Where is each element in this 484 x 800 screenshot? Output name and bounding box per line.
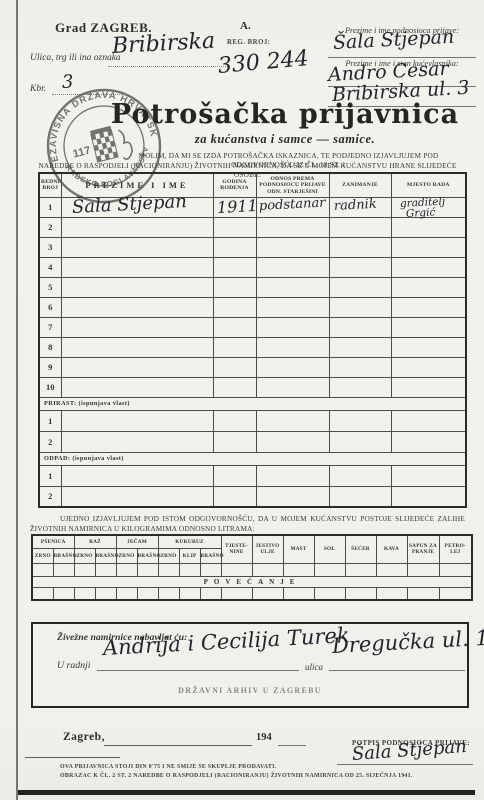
sub-zrno: ZRNO (32, 548, 53, 563)
archive-stamp-text: DRŽAVNI ARHIV U ZAGREBU (33, 686, 467, 695)
empty-cell (345, 563, 376, 576)
empty-cell (329, 217, 391, 237)
stamp-number: 117 (72, 145, 92, 161)
header-raz: RAŽ (74, 535, 116, 548)
row-number-cell: 5 (39, 277, 61, 297)
empty-cell (53, 587, 74, 600)
table-row: 8 (39, 337, 466, 357)
empty-cell (391, 410, 466, 431)
empty-cell (391, 377, 466, 397)
header-mjesto-rada: MJESTO RADA (391, 173, 466, 197)
empty-cell (329, 431, 391, 452)
row-number-cell: 7 (39, 317, 61, 337)
sub-zrno: ZRNO (158, 548, 179, 563)
empty-cell (256, 277, 329, 297)
empty-cell (329, 337, 391, 357)
empty-cell (200, 563, 221, 576)
empty-cell (221, 563, 252, 576)
row-number-cell: 6 (39, 297, 61, 317)
empty-cell (256, 297, 329, 317)
row-number-cell: 2 (39, 217, 61, 237)
empty-cell (391, 277, 466, 297)
empty-cell (391, 317, 466, 337)
reg-number-value-handwritten: 330 244 (217, 46, 310, 79)
empty-cell (61, 377, 213, 397)
empty-cell (61, 217, 213, 237)
year-line (278, 745, 306, 746)
empty-cell (221, 587, 252, 600)
empty-cell (213, 217, 256, 237)
empty-cell (213, 465, 256, 486)
empty-cell (329, 357, 391, 377)
empty-cell (213, 297, 256, 317)
empty-cell (213, 431, 256, 452)
row-number-cell: 2 (39, 486, 61, 507)
empty-cell (32, 563, 53, 576)
empty-cell (200, 587, 221, 600)
row-number-cell: 9 (39, 357, 61, 377)
empty-cell (391, 297, 466, 317)
empty-cell (53, 563, 74, 576)
fine-print-price: OVA PRIJAVNICA STOJI DIN 0'75 I NE SMIJE… (60, 764, 276, 770)
sub-brasno: BRAŠNO (200, 548, 221, 563)
table-row: 5 (39, 277, 466, 297)
table-row: 2 (39, 217, 466, 237)
shop-underline (97, 670, 299, 671)
empty-cell (329, 237, 391, 257)
empty-cell (391, 431, 466, 452)
row-number-cell: 10 (39, 377, 61, 397)
povecanje-label: POVEĆANJE (32, 576, 472, 587)
house-number-value-handwritten: 3 (61, 71, 74, 93)
place-label: Zagreb, (63, 731, 105, 743)
header-kukuruz: KUKURUZ (158, 535, 221, 548)
table-row: 10 (39, 377, 466, 397)
sub-brasno: BRAŠNO (95, 548, 116, 563)
shop-street-handwritten: Dregučka ul. 12. (331, 625, 484, 658)
empty-cell (213, 357, 256, 377)
empty-cell (61, 257, 213, 277)
empty-cell (256, 217, 329, 237)
sub-brasno: BRAŠNO (137, 548, 158, 563)
year-prefix: 194 (256, 732, 272, 743)
empty-cell (95, 587, 116, 600)
street-value-handwritten: Bribirska (111, 29, 215, 59)
household-members-table: REDNI BROJ PREZIME I IME GODINA ROĐENJA … (38, 172, 467, 508)
empty-cell (391, 357, 466, 377)
header-petrolej: PETRO-LEJ (439, 535, 472, 563)
empty-cell (61, 357, 213, 377)
empty-cell (256, 237, 329, 257)
row-number-cell: 2 (39, 431, 61, 452)
empty-cell (439, 587, 472, 600)
empty-cell (314, 563, 345, 576)
row-number-cell: 1 (39, 410, 61, 431)
street-label: Ulica, trg ili ina oznaka (30, 53, 121, 63)
empty-cell (329, 377, 391, 397)
empty-cell (61, 237, 213, 257)
supplies-empty-row (32, 563, 472, 576)
empty-cell (213, 257, 256, 277)
odpad-section-row: ODPAD: (ispunjava vlast) (39, 452, 466, 465)
header-jecam: JEČAM (116, 535, 158, 548)
header-redni-broj: REDNI BROJ (39, 173, 61, 197)
empty-cell (256, 357, 329, 377)
empty-cell (329, 465, 391, 486)
table-row: 7 (39, 317, 466, 337)
empty-cell (256, 337, 329, 357)
margin-line-fragment (25, 757, 120, 758)
empty-cell (407, 563, 439, 576)
empty-cell (329, 297, 391, 317)
empty-cell (256, 486, 329, 507)
row-number-cell: 4 (39, 257, 61, 277)
empty-cell (391, 257, 466, 277)
row-number-cell: 8 (39, 337, 61, 357)
empty-cell (314, 587, 345, 600)
shop-street-label: ulica (305, 662, 323, 672)
header-psenica: PŠENICA (32, 535, 74, 548)
occupation-cell: radnik (329, 197, 391, 217)
empty-cell (61, 337, 213, 357)
empty-cell (137, 587, 158, 600)
signature-line (337, 764, 473, 765)
empty-cell (61, 277, 213, 297)
fine-print-regulation: OBRAZAC K ČL. 2 ST. 2 NAREDBE O RASPODJE… (60, 773, 413, 779)
odpad-label: ODPAD: (ispunjava vlast) (39, 452, 466, 465)
empty-cell (158, 563, 179, 576)
empty-cell (213, 317, 256, 337)
workplace-cell: graditeljGrgić (391, 197, 466, 217)
row-number-cell: 3 (39, 237, 61, 257)
empty-cell (256, 377, 329, 397)
empty-cell (213, 410, 256, 431)
empty-cell (391, 337, 466, 357)
header-sol: SOL (314, 535, 345, 563)
form-title: Potrošačka prijavnica (95, 99, 475, 130)
empty-cell (376, 563, 407, 576)
empty-cell (213, 486, 256, 507)
empty-cell (74, 587, 95, 600)
empty-cell (256, 431, 329, 452)
empty-cell (158, 587, 179, 600)
table-row: 1 (39, 465, 466, 486)
empty-cell (252, 563, 283, 576)
supplies-empty-row (32, 587, 472, 600)
header-secer: ŠEĆER (345, 535, 376, 563)
street-underline (108, 66, 230, 67)
table-row-1: 1 Šala Stjepan 1911 podstanar radnik gra… (39, 197, 466, 217)
sub-zrno: ZRNO (116, 548, 137, 563)
empty-cell (391, 217, 466, 237)
empty-cell (256, 257, 329, 277)
shop-street-underline (329, 670, 465, 671)
scanned-form-page: Grad ZAGREB. Ulica, trg ili ina oznaka B… (0, 0, 484, 800)
empty-cell (329, 277, 391, 297)
table-header-row: REDNI BROJ PREZIME I IME GODINA ROĐENJA … (39, 173, 466, 197)
empty-cell (329, 257, 391, 277)
empty-cell (61, 465, 213, 486)
empty-cell (283, 587, 314, 600)
empty-cell (391, 486, 466, 507)
prirast-label: PRIRAST: (ispunjava vlast) (39, 397, 466, 410)
header-odnos: ODNOS PREMA PODNOSIOCU PRIJAVE ODN. STAR… (256, 173, 329, 197)
table-row: 9 (39, 357, 466, 377)
empty-cell (407, 587, 439, 600)
table-row: 4 (39, 257, 466, 277)
table-row: 1 (39, 410, 466, 431)
empty-cell (61, 317, 213, 337)
header-tjestenine: TJESTE-NINE (221, 535, 252, 563)
empty-cell (329, 486, 391, 507)
supplies-group-header-row: PŠENICA RAŽ JEČAM KUKURUZ TJESTE-NINE JE… (32, 535, 472, 548)
header-jestivo-ulje: JESTIVO ULJE (252, 535, 283, 563)
empty-cell (252, 587, 283, 600)
sub-brasno: BRAŠNO (53, 548, 74, 563)
empty-cell (439, 563, 472, 576)
name-cell: Šala Stjepan (61, 197, 213, 217)
row-number-cell: 1 (39, 197, 61, 217)
header-godina-rodenja: GODINA ROĐENJA (213, 173, 256, 197)
relation-cell: podstanar (256, 197, 329, 217)
empty-cell (137, 563, 158, 576)
applicant-underline (328, 57, 476, 58)
empty-cell (116, 563, 137, 576)
section-letter: A. (240, 20, 251, 32)
empty-cell (32, 587, 53, 600)
empty-cell (61, 486, 213, 507)
empty-cell (179, 563, 200, 576)
shop-label: U radnji (57, 660, 90, 671)
shop-declaration-box: Živežne namirnice nabavljat ću: U radnji… (31, 622, 469, 708)
empty-cell (213, 377, 256, 397)
empty-cell (61, 410, 213, 431)
empty-cell (391, 465, 466, 486)
supplies-declaration: UJEDNO IZJAVLJUJEM POD ISTOM ODGOVORNOŠĆ… (30, 514, 465, 533)
empty-cell (179, 587, 200, 600)
empty-cell (95, 563, 116, 576)
povecanje-row: POVEĆANJE (32, 576, 472, 587)
empty-cell (329, 410, 391, 431)
sub-klip: KLIP (179, 548, 200, 563)
scan-edge-line (16, 0, 18, 800)
empty-cell (376, 587, 407, 600)
table-row: 6 (39, 297, 466, 317)
empty-cell (283, 563, 314, 576)
table-row: 3 (39, 237, 466, 257)
empty-cell (74, 563, 95, 576)
empty-cell (116, 587, 137, 600)
empty-cell (256, 410, 329, 431)
header-mast: MAST (283, 535, 314, 563)
scan-bottom-bar (18, 790, 475, 795)
form-subtitle: za kućanstva i samce — samice. (95, 132, 475, 147)
sub-zrno: ZRNO (74, 548, 95, 563)
date-line (104, 745, 252, 746)
empty-cell (213, 237, 256, 257)
empty-cell (213, 277, 256, 297)
empty-cell (256, 317, 329, 337)
row-number-cell: 1 (39, 465, 61, 486)
prirast-section-row: PRIRAST: (ispunjava vlast) (39, 397, 466, 410)
header-sapun: SAPUN ZA PRANJE (407, 535, 439, 563)
empty-cell (256, 465, 329, 486)
table-row: 2 (39, 486, 466, 507)
empty-cell (391, 237, 466, 257)
empty-cell (61, 297, 213, 317)
house-number-label: Kbr. (30, 84, 46, 94)
table-row: 2 (39, 431, 466, 452)
reg-number-label: REG. BROJ: (227, 39, 271, 46)
empty-cell (61, 431, 213, 452)
empty-cell (329, 317, 391, 337)
food-supplies-table: PŠENICA RAŽ JEČAM KUKURUZ TJESTE-NINE JE… (31, 534, 473, 601)
header-kava: KAVA (376, 535, 407, 563)
shop-name-handwritten: Andrija i Cecilija Turek (102, 623, 350, 660)
empty-cell (213, 337, 256, 357)
empty-cell (345, 587, 376, 600)
header-zanimanje: ZANIMANJE (329, 173, 391, 197)
year-cell: 1911 (213, 197, 256, 217)
